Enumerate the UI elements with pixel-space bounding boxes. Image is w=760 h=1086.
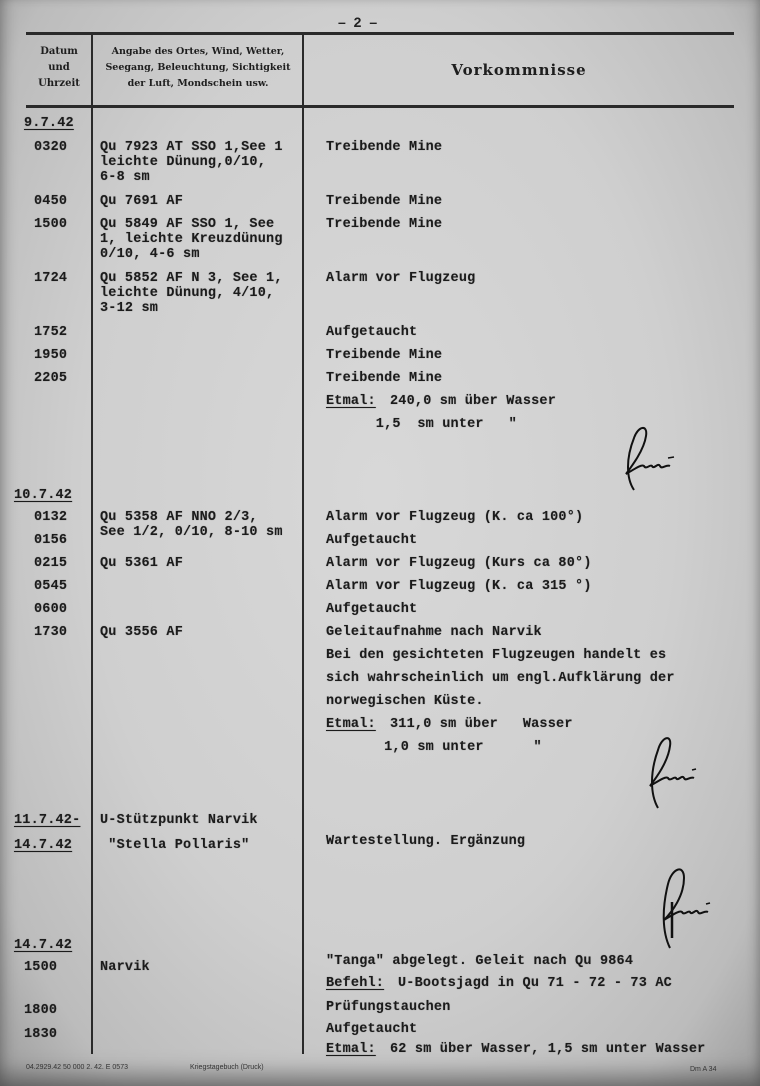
table-top-rule [26,32,734,35]
entry-place: Qu 5852 AF N 3, See 1, [100,271,283,286]
etmal-value: 311,0 sm über Wasser [390,717,573,732]
etmal-value: 1,0 sm unter " [326,740,542,755]
header-datum-line: und [28,60,90,76]
entry-time: 0545 [34,579,67,594]
entry-event: Treibende Mine [326,217,442,232]
entry-event: Treibende Mine [326,348,442,363]
header-datum: Datum und Uhrzeit [28,44,90,92]
header-datum-line: Uhrzeit [28,76,90,92]
column-divider-1 [91,34,93,1054]
entry-time: 0600 [34,602,67,617]
befehl-label: Befehl: [326,976,384,991]
entry-place: leichte Dünung,0/10, [100,155,266,170]
entry-time: 0450 [34,194,67,209]
entry-event: Treibende Mine [326,140,442,155]
entry-place: Qu 3556 AF [100,625,183,640]
entry-event: Alarm vor Flugzeug (K. ca 315 °) [326,579,592,594]
form-number: Dm A 34 [690,1066,716,1073]
entry-event: Aufgetaucht [326,1022,417,1037]
page-number: – 2 – [338,14,379,30]
entry-event: Alarm vor Flugzeug [326,271,475,286]
entry-event: Bei den gesichteten Flugzeugen handelt e… [326,648,666,663]
entry-place: 6-8 sm [100,170,150,185]
entry-time: 0156 [34,533,67,548]
header-ort: Angabe des Ortes, Wind, Wetter, Seegang,… [94,44,302,92]
header-datum-line: Datum [28,44,90,60]
entry-place: See 1/2, 0/10, 8-10 sm [100,525,283,540]
entry-place: leichte Dünung, 4/10, [100,286,274,301]
entry-place: Qu 7923 AT SSO 1,See 1 [100,140,283,155]
entry-event: Aufgetaucht [326,533,417,548]
etmal-label: Etmal: [326,1042,376,1057]
print-code: 04.2929.42 50 000 2. 42. E 0573 [26,1064,128,1071]
entry-time: 0320 [34,140,67,155]
handwritten-signature-icon [612,418,682,508]
entry-time: 0132 [34,510,67,525]
column-divider-2 [302,34,304,1054]
entry-event: Treibende Mine [326,194,442,209]
entry-event: Alarm vor Flugzeug (K. ca 100°) [326,510,583,525]
entry-event: "Tanga" abgelegt. Geleit nach Qu 9864 [326,954,633,969]
entry-time: 1830 [24,1027,57,1042]
entry-place: Qu 5361 AF [100,556,183,571]
entry-event: Treibende Mine [326,371,442,386]
document-page: – 2 – Datum und Uhrzeit Angabe des Ortes… [0,0,760,1086]
entry-time: 1730 [34,625,67,640]
date-label: 10.7.42 [14,488,72,503]
entry-event: Prüfungstauchen [326,1000,451,1015]
entry-place: Qu 5849 AF SSO 1, See [100,217,274,232]
entry-time: 1752 [34,325,67,340]
header-vorkommnisse: Vorkommnisse [304,62,734,78]
entry-place: Narvik [100,960,150,975]
date-label: 9.7.42 [24,116,74,131]
entry-time: 1724 [34,271,67,286]
etmal-label: Etmal: [326,394,376,409]
entry-place: 1, leichte Kreuzdünung [100,232,283,247]
etmal-value: 1,5 sm unter " [326,417,517,432]
entry-time: 2205 [34,371,67,386]
entry-event: Aufgetaucht [326,325,417,340]
entry-time: 1950 [34,348,67,363]
befehl-value: U-Bootsjagd in Qu 71 - 72 - 73 AC [398,976,672,991]
entry-time: 0215 [34,556,67,571]
entry-place: Qu 5358 AF NNO 2/3, [100,510,258,525]
entry-place: "Stella Pollaris" [100,838,249,853]
entry-time: 1500 [24,960,57,975]
entry-event: Alarm vor Flugzeug (Kurs ca 80°) [326,556,592,571]
header-ort-line: der Luft, Mondschein usw. [94,76,302,92]
etmal-label: Etmal: [326,717,376,732]
entry-event: Wartestellung. Ergänzung [326,834,525,849]
entry-place: Qu 7691 AF [100,194,183,209]
header-ort-line: Angabe des Ortes, Wind, Wetter, [94,44,302,60]
date-label: 14.7.42 [14,938,72,953]
form-title: Kriegstagebuch (Druck) [190,1064,264,1071]
header-bottom-rule [26,105,734,108]
date-label: 14.7.42 [14,838,72,853]
etmal-value: 62 sm über Wasser, 1,5 sm unter Wasser [390,1042,705,1057]
entry-place: 0/10, 4-6 sm [100,247,200,262]
handwritten-signature-icon [650,858,720,958]
date-label: 11.7.42- [14,813,80,828]
entry-event: Geleitaufnahme nach Narvik [326,625,542,640]
entry-event: sich wahrscheinlich um engl.Aufklärung d… [326,671,675,686]
entry-event: Aufgetaucht [326,602,417,617]
header-ort-line: Seegang, Beleuchtung, Sichtigkeit [94,60,302,76]
entry-place: U-Stützpunkt Narvik [100,813,258,828]
handwritten-signature-icon [636,728,706,818]
entry-event: norwegischen Küste. [326,694,484,709]
entry-time: 1500 [34,217,67,232]
entry-time: 1800 [24,1003,57,1018]
entry-place: 3-12 sm [100,301,158,316]
etmal-value: 240,0 sm über Wasser [390,394,556,409]
